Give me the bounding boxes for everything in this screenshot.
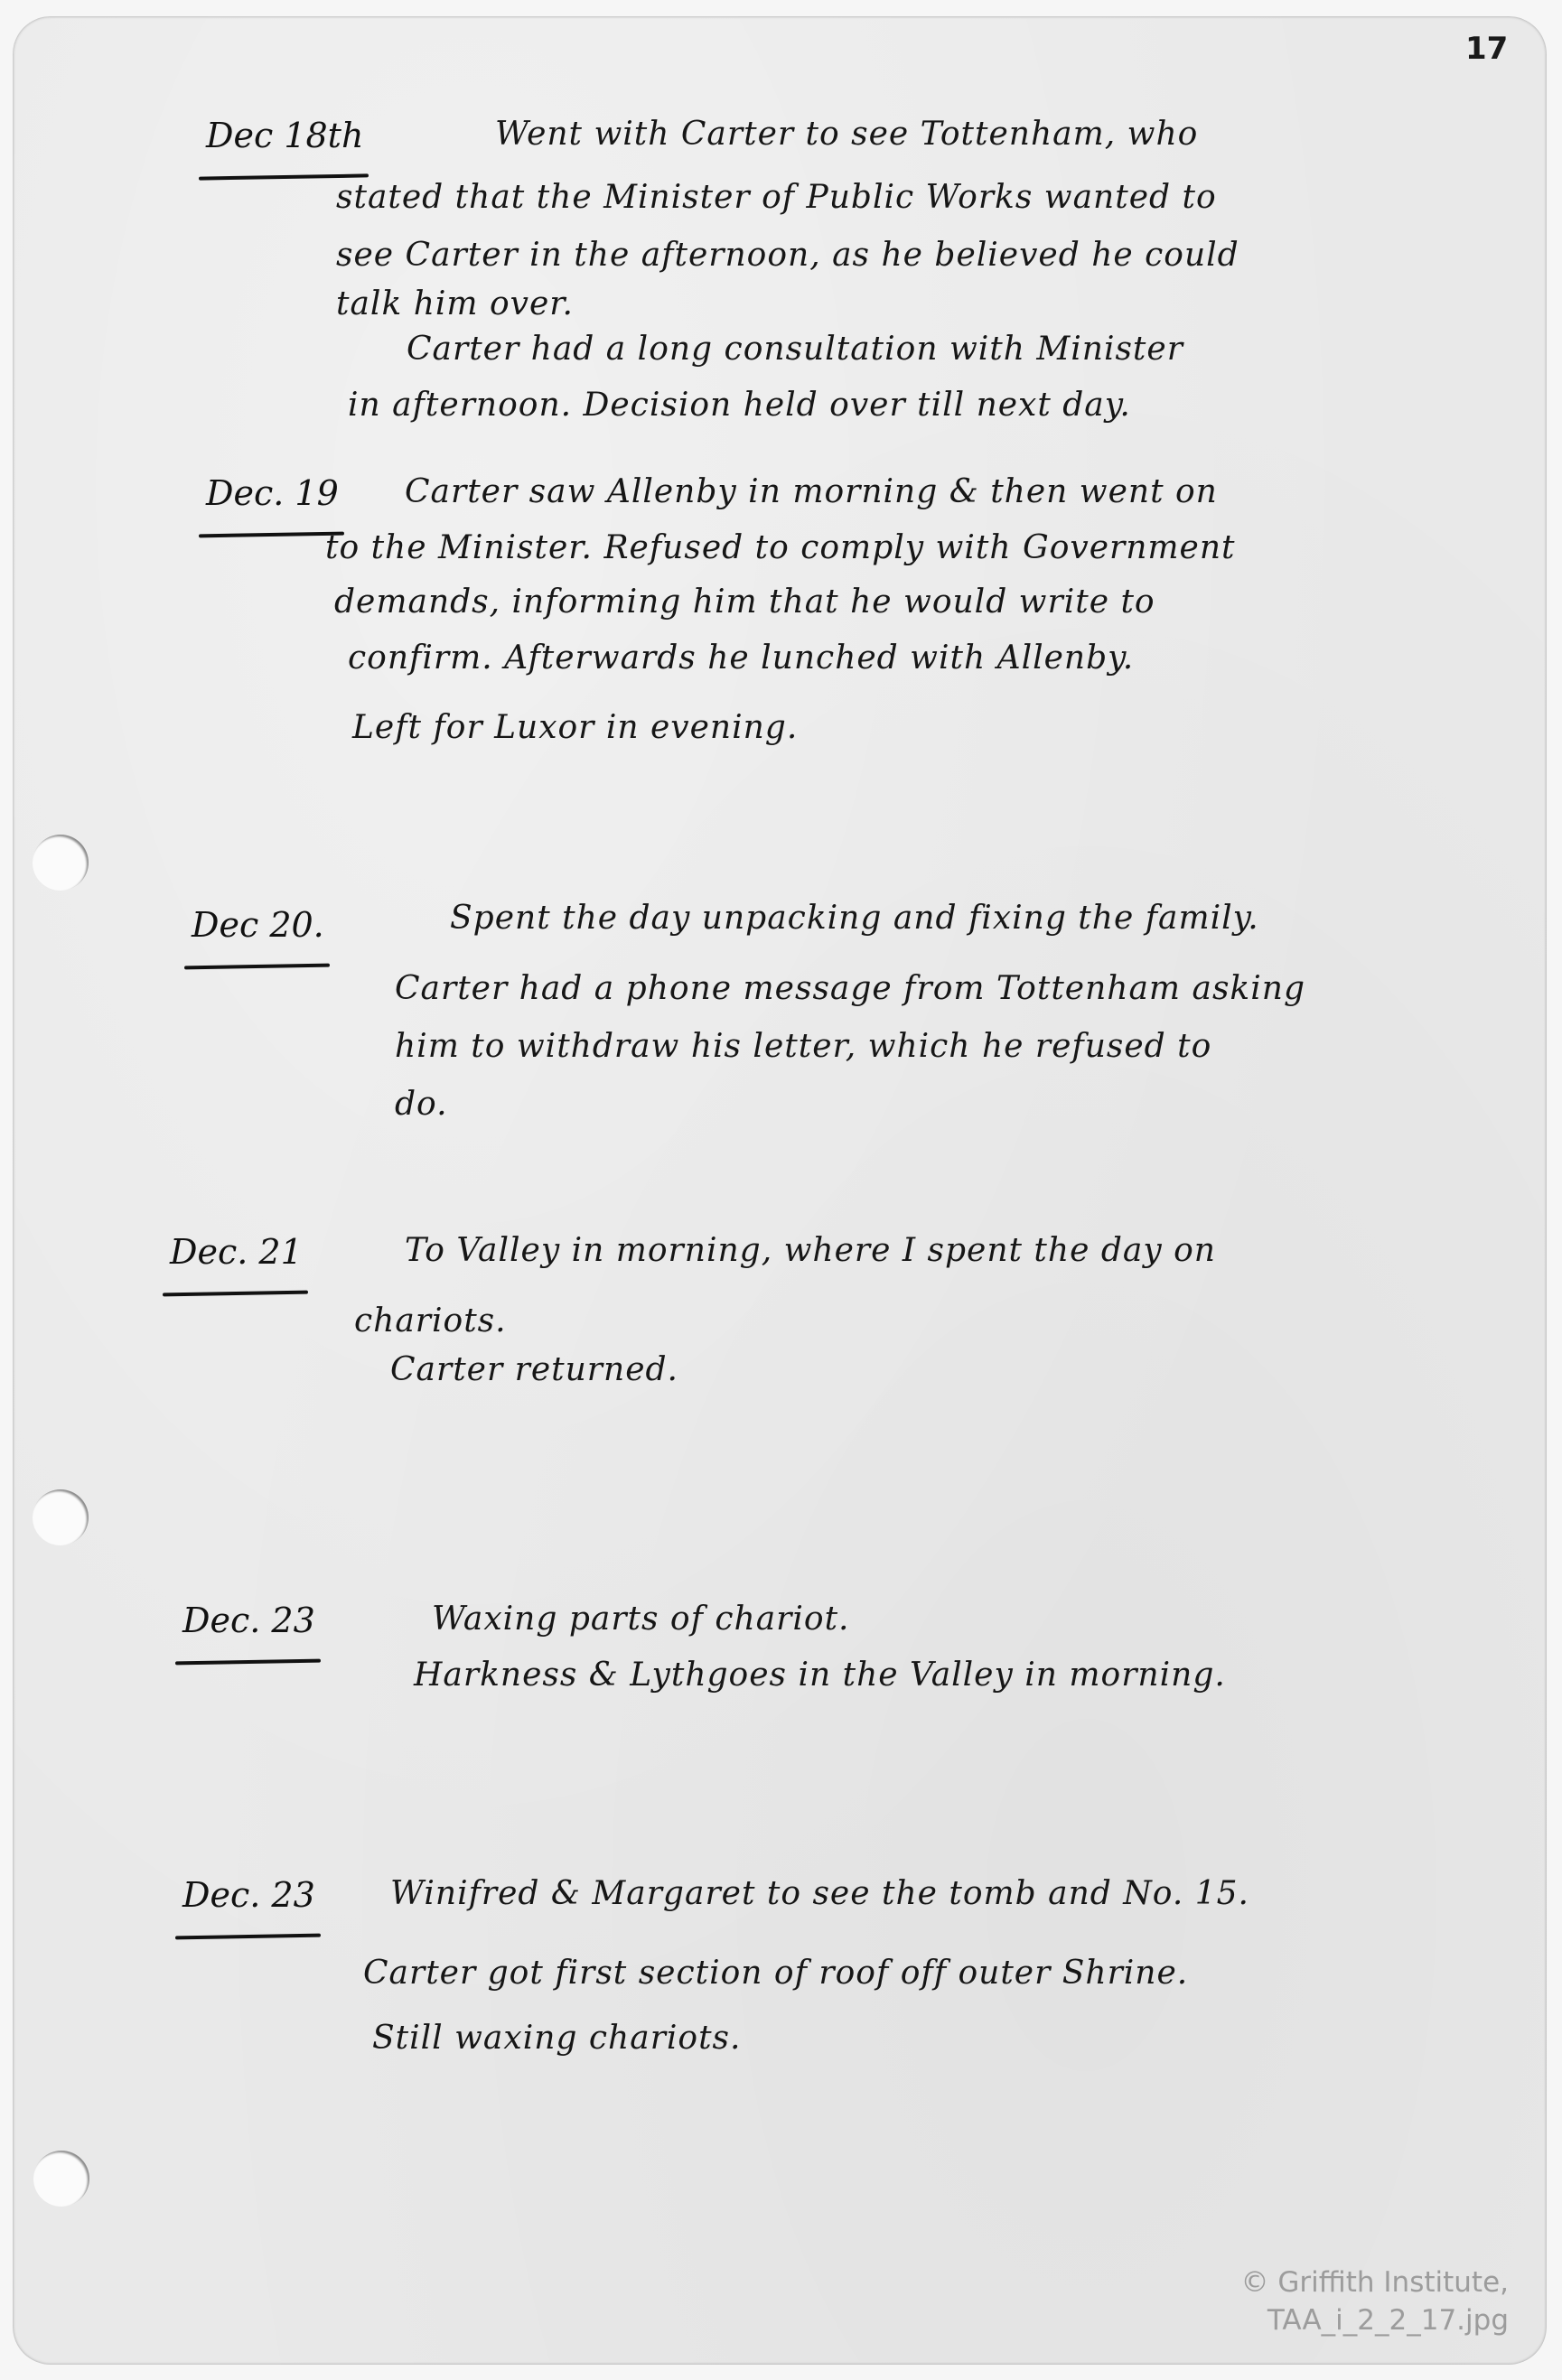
entry-line: see Carter in the afternoon, as he belie… bbox=[336, 237, 1239, 274]
entry-line: him to withdraw his letter, which he ref… bbox=[395, 1028, 1211, 1065]
entry-date: Dec. 23 bbox=[182, 1601, 315, 1640]
entry-date: Dec 18th bbox=[206, 116, 363, 155]
entry-line: Carter returned. bbox=[390, 1351, 678, 1388]
entry-date: Dec. 19 bbox=[206, 473, 339, 513]
entry-line: Winifred & Margaret to see the tomb and … bbox=[390, 1875, 1249, 1912]
entry-line: Carter had a phone message from Tottenha… bbox=[395, 970, 1305, 1007]
entry-line: Left for Luxor in evening. bbox=[352, 709, 798, 746]
entry-line: chariots. bbox=[354, 1302, 507, 1339]
entry-date: Dec 20. bbox=[192, 905, 324, 945]
entry-line: Waxing parts of chariot. bbox=[432, 1601, 850, 1638]
entry-line: in afternoon. Decision held over till ne… bbox=[348, 387, 1131, 424]
entry-date: Dec. 23 bbox=[182, 1875, 315, 1915]
entry-line: stated that the Minister of Public Works… bbox=[336, 179, 1217, 216]
entry-line: To Valley in morning, where I spent the … bbox=[405, 1232, 1216, 1269]
diary-page bbox=[13, 16, 1547, 2365]
entry-line: demands, informing him that he would wri… bbox=[334, 583, 1155, 621]
page-number: 17 bbox=[1465, 31, 1508, 67]
entry-line: Carter got first section of roof off out… bbox=[363, 1955, 1188, 1992]
entry-line: Still waxing chariots. bbox=[372, 2020, 741, 2057]
punch-hole bbox=[33, 2151, 89, 2207]
watermark-line: © Griffith Institute, bbox=[1165, 2263, 1509, 2301]
entry-line: to the Minister. Refused to comply with … bbox=[325, 529, 1236, 566]
entry-line: Harkness & Lythgoes in the Valley in mor… bbox=[414, 1657, 1226, 1694]
punch-hole bbox=[33, 835, 89, 891]
punch-hole bbox=[33, 1489, 89, 1545]
entry-line: confirm. Afterwards he lunched with Alle… bbox=[348, 639, 1134, 677]
entry-line: do. bbox=[395, 1086, 448, 1123]
entry-line: Spent the day unpacking and fixing the f… bbox=[450, 900, 1259, 937]
entry-line: Carter had a long consultation with Mini… bbox=[407, 331, 1183, 368]
watermark-filename: TAA_i_2_2_17.jpg bbox=[1165, 2301, 1509, 2339]
entry-line: Went with Carter to see Tottenham, who bbox=[495, 116, 1198, 153]
entry-line: talk him over. bbox=[336, 285, 574, 322]
entry-line: Carter saw Allenby in morning & then wen… bbox=[405, 473, 1218, 510]
entry-date: Dec. 21 bbox=[170, 1232, 303, 1272]
copyright-watermark: © Griffith Institute, TAA_i_2_2_17.jpg bbox=[1165, 2263, 1509, 2339]
